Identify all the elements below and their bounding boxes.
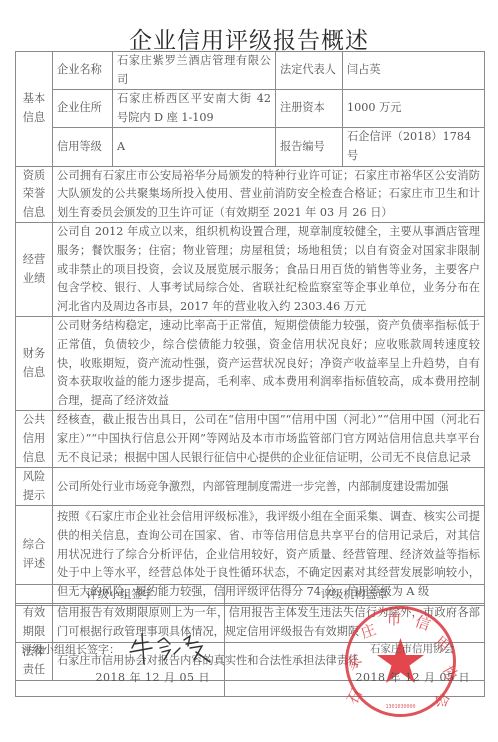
qualification-text: 公司拥有石家庄市公安局裕华分局颁发的特种行业许可证；石家庄市裕华区公安消防大队颁…: [53, 166, 485, 223]
team-signature-date: 2018 年 12 月 05 日: [96, 669, 210, 688]
svg-text:信: 信: [413, 612, 433, 634]
svg-text:1301030000: 1301030000: [385, 704, 415, 710]
financial-info-label: 财务信息: [16, 317, 53, 411]
svg-text:市: 市: [386, 610, 401, 628]
address-value: 石家庄桥西区平安南大街 42 号院内 D 座 1-109: [113, 90, 276, 128]
row-risk-warning: 风险提示 公司所处行业市场竞争激烈，内部管理制度需进一步完善，内部制度建设需加强: [16, 468, 485, 506]
official-seal-icon: 石 家 庄 市 信 用 协 会 1301030000: [343, 604, 458, 719]
row-company-name: 基本信息 企业名称 石家庄紫罗兰酒店管理有限公司 法定代表人 闫占英: [16, 52, 485, 90]
legal-rep-label: 法定代表人: [276, 52, 343, 90]
business-performance-label: 经营业绩: [16, 223, 53, 317]
capital-label: 注册资本: [276, 90, 343, 128]
qualification-label: 资质荣誉信息: [16, 166, 53, 223]
leader-signature-label: 评级小组组长签字：: [21, 641, 120, 660]
report-no-label: 报告编号: [276, 128, 343, 166]
basic-info-label: 基本信息: [16, 52, 53, 167]
company-name-label: 企业名称: [53, 52, 113, 90]
legal-rep-value: 闫占英: [343, 52, 485, 90]
rating-value: A: [113, 128, 276, 166]
row-qualification: 资质荣誉信息 公司拥有石家庄市公安局裕华分局颁发的特种行业许可证；石家庄市裕华区…: [16, 166, 485, 223]
org-stamp-cell: 石 家 庄 市 信 用 协 会 1301030000 石家庄市信用协会 2018…: [225, 606, 485, 697]
row-business-performance: 经营业绩 公司自 2012 年成立以来，组织机构设置合理，规章制度较健全，主要从…: [16, 223, 485, 317]
address-label: 企业住所: [53, 90, 113, 128]
risk-warning-label: 风险提示: [16, 468, 53, 506]
rating-label: 信用等级: [53, 128, 113, 166]
org-stamp-header: 评级机构盖章: [225, 585, 485, 606]
signature-header-row: 评级小组签字 评级机构盖章: [16, 585, 485, 606]
signature-body-row: 评级小组组长签字： 2018 年 12 月 05 日 石 家 庄 市: [16, 606, 485, 697]
handwritten-signature-icon: [128, 626, 218, 666]
public-credit-label: 公共信用信息: [16, 411, 53, 468]
company-name-value: 石家庄紫罗兰酒店管理有限公司: [113, 52, 276, 90]
svg-text:会: 会: [432, 691, 452, 709]
financial-info-text: 公司财务结构稳定，速动比率高于正常值，短期偿债能力较强，资产负债率指标低于正常值…: [53, 317, 485, 411]
team-signature-header: 评级小组签字: [16, 585, 225, 606]
risk-warning-text: 公司所处行业市场竞争激烈，内部管理制度需进一步完善，内部制度建设需加强: [53, 468, 485, 506]
signature-table: 评级小组签字 评级机构盖章 评级小组组长签字： 2018 年 12 月 05 日…: [15, 584, 485, 697]
org-stamp-date: 2018 年 12 月 05 日: [356, 669, 470, 688]
row-rating: 信用等级 A 报告编号 石企信评（2018）1784 号: [16, 128, 485, 166]
public-credit-text: 经核查，截止报告出具日，公司在“信用中国”“信用中国（河北）”“信用中国（河北石…: [53, 411, 485, 468]
row-address: 企业住所 石家庄桥西区平安南大街 42 号院内 D 座 1-109 注册资本 1…: [16, 90, 485, 128]
report-no-value: 石企信评（2018）1784 号: [343, 128, 485, 166]
business-performance-text: 公司自 2012 年成立以来，组织机构设置合理，规章制度较健全，主要从事酒店管理…: [53, 223, 485, 317]
row-financial-info: 财务信息 公司财务结构稳定，速动比率高于正常值，短期偿债能力较强，资产负债率指标…: [16, 317, 485, 411]
org-name-text: 石家庄市信用协会: [370, 640, 454, 659]
team-signature-cell: 评级小组组长签字： 2018 年 12 月 05 日: [16, 606, 225, 697]
capital-value: 1000 万元: [343, 90, 485, 128]
svg-text:石: 石: [343, 685, 366, 707]
row-public-credit: 公共信用信息 经核查，截止报告出具日，公司在“信用中国”“信用中国（河北）”“信…: [16, 411, 485, 468]
